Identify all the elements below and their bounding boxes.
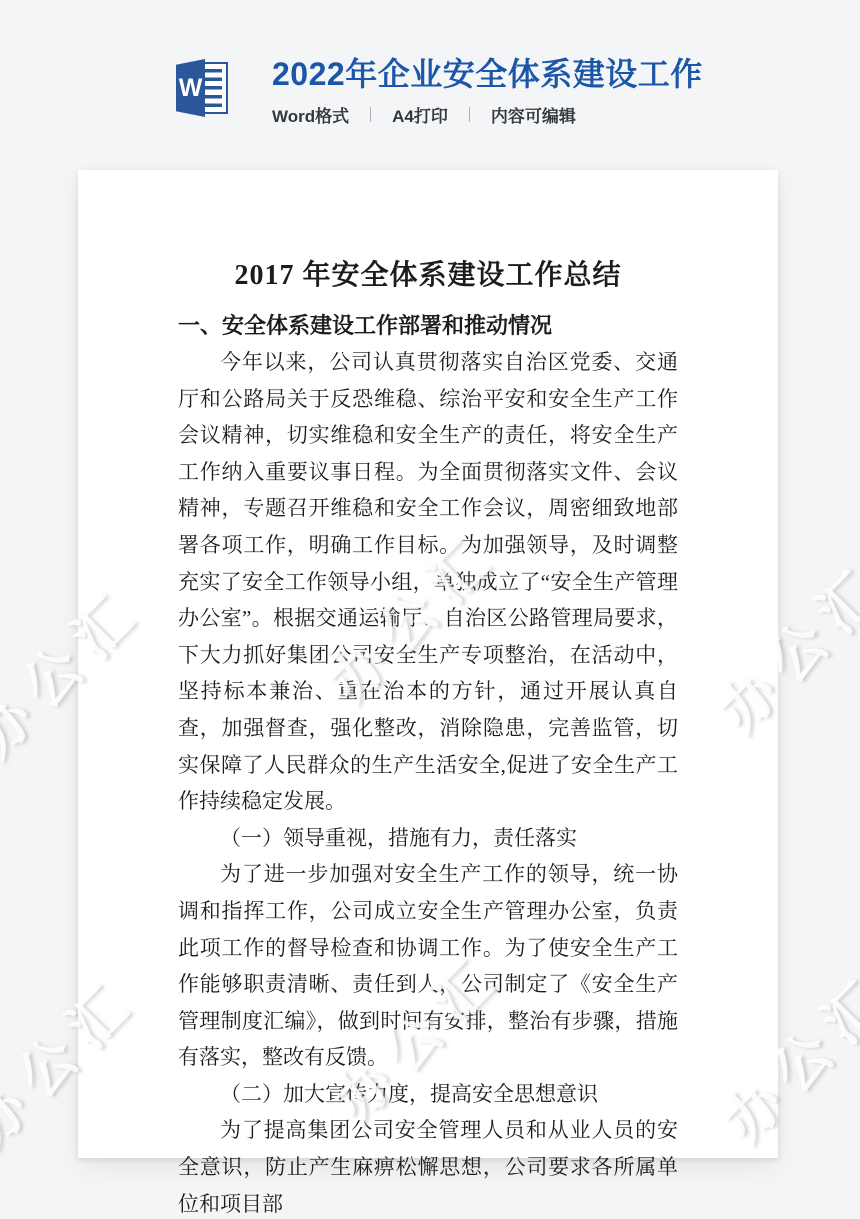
badge-word-format: Word格式 [272,102,349,127]
page-title: 2022年企业安全体系建设工作 [272,55,703,93]
word-icon-letter: W [179,76,203,101]
separator: ｜ [363,104,378,125]
paragraph: 今年以来，公司认真贯彻落实自治区党委、交通厅和公路局关于反恐维稳、综治平安和安全… [178,344,678,820]
word-file-icon: W [176,59,228,117]
section-heading: 一、安全体系建设工作部署和推动情况 [178,307,678,344]
paragraph: 为了进一步加强对安全生产工作的领导，统一协调和指挥工作，公司成立安全生产管理办公… [178,856,678,1076]
badge-editable: 内容可编辑 [491,102,576,127]
page-canvas: W 2022年企业安全体系建设工作 Word格式 ｜ A4打印 ｜ 内容可编辑 … [0,0,860,1219]
document-title: 2017 年安全体系建设工作总结 [178,254,678,298]
separator: ｜ [462,104,477,125]
badge-a4-print: A4打印 [392,102,448,127]
site-header: W 2022年企业安全体系建设工作 Word格式 ｜ A4打印 ｜ 内容可编辑 [176,55,703,127]
paragraph: 为了提高集团公司安全管理人员和从业人员的安全意识，防止产生麻痹松懈思想，公司要求… [178,1112,678,1219]
header-text-block: 2022年企业安全体系建设工作 Word格式 ｜ A4打印 ｜ 内容可编辑 [272,55,703,127]
document-content: 2017 年安全体系建设工作总结 一、安全体系建设工作部署和推动情况 今年以来，… [78,170,778,1219]
word-icon-cover: W [176,59,205,117]
document-page: 2017 年安全体系建设工作总结 一、安全体系建设工作部署和推动情况 今年以来，… [78,170,778,1158]
subsection-heading: （二）加大宣传力度，提高安全思想意识 [178,1076,678,1113]
subsection-heading: （一）领导重视，措施有力，责任落实 [178,820,678,857]
document-attributes: Word格式 ｜ A4打印 ｜ 内容可编辑 [272,102,703,127]
